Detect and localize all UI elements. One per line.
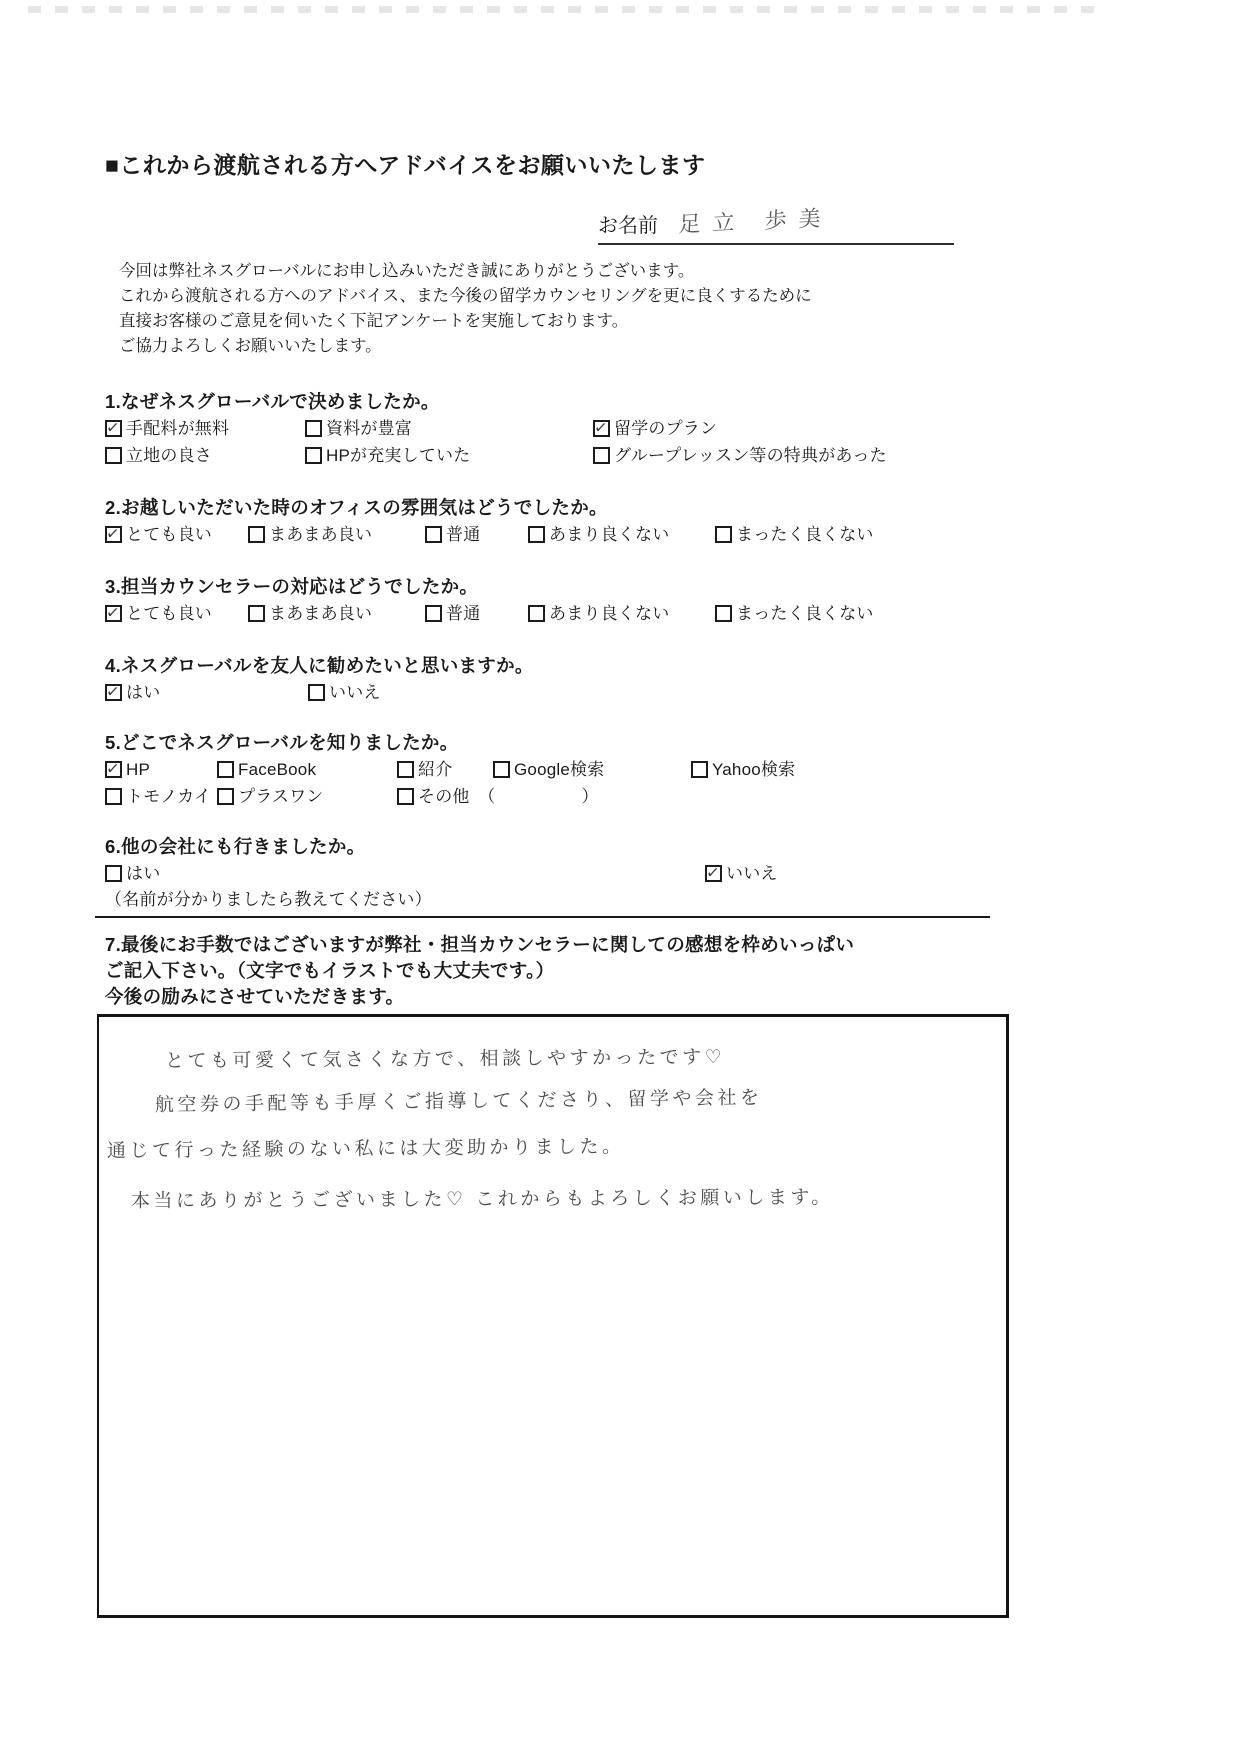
question-7-line: 今後の励みにさせていただきます。 <box>105 984 1240 1010</box>
option-label: 普通 <box>446 600 480 627</box>
option-あまり良くない: あまり良くない <box>528 600 715 627</box>
option-label: HP <box>126 756 150 783</box>
checkbox-icon[interactable] <box>528 605 545 622</box>
option-トモノカイ: トモノカイ <box>105 783 217 810</box>
checkbox-icon[interactable] <box>305 420 322 437</box>
question-4-options-row-1: はいいいえ <box>105 679 1240 706</box>
checkbox-icon[interactable] <box>715 526 732 543</box>
checkbox-icon[interactable] <box>105 761 122 778</box>
question-3-heading: 3.担当カウンセラーの対応はどうでしたか。 <box>105 574 1240 600</box>
checkbox-icon[interactable] <box>593 420 610 437</box>
question-1-heading: 1.なぜネスグローバルで決めましたか。 <box>105 389 1240 415</box>
option-label: グループレッスン等の特典があった <box>614 442 887 469</box>
checkbox-icon[interactable] <box>691 761 708 778</box>
option-HP: HP <box>105 756 217 783</box>
handwritten-comment-line: 通じて行った経験のない私には大変助かりました。 <box>107 1129 1006 1167</box>
page-title: ■これから渡航される方へアドバイスをお願いいたします <box>105 150 1240 180</box>
option-label: 留学のプラン <box>614 415 717 442</box>
option-label: 普通 <box>446 521 480 548</box>
option-Google検索: Google検索 <box>493 756 691 783</box>
option-label: とても良い <box>126 521 212 548</box>
question-7-heading: 7.最後にお手数ではございますが弊社・担当カウンセラーに関しての感想を枠めいっぱ… <box>105 932 1240 1010</box>
checkbox-icon[interactable] <box>528 526 545 543</box>
option-いいえ: いいえ <box>705 860 778 887</box>
option-紹介: 紹介 <box>397 756 493 783</box>
question-7-line: ご記入下さい。（文字でもイラストでも大丈夫です。） <box>105 958 1240 984</box>
question-6-options-row-1: はいいいえ <box>105 860 1240 887</box>
option-まあまあ良い: まあまあ良い <box>248 521 425 548</box>
checkbox-icon[interactable] <box>105 447 122 464</box>
option-はい: はい <box>105 860 705 887</box>
option-とても良い: とても良い <box>105 521 248 548</box>
checkbox-icon[interactable] <box>425 526 442 543</box>
question-4-heading: 4.ネスグローバルを友人に勧めたいと思いますか。 <box>105 653 1240 679</box>
handwritten-comment-line: とても可愛くて気さくな方で、相談しやすかったです♡ <box>165 1041 1006 1077</box>
checkbox-icon[interactable] <box>248 526 265 543</box>
comment-box: とても可愛くて気さくな方で、相談しやすかったです♡航空券の手配等も手厚くご指導し… <box>97 1014 1009 1618</box>
option-label: 手配料が無料 <box>126 415 229 442</box>
answer-underline <box>95 913 990 918</box>
option-まったく良くない: まったく良くない <box>715 521 874 548</box>
intro-line: 直接お客様のご意見を伺いたく下記アンケートを実施しております。 <box>119 309 1240 334</box>
option-Yahoo検索: Yahoo検索 <box>691 756 795 783</box>
option-label: Yahoo検索 <box>712 756 795 783</box>
checkbox-icon[interactable] <box>593 447 610 464</box>
option-普通: 普通 <box>425 521 528 548</box>
option-はい: はい <box>105 679 308 706</box>
question-5-options-row-2: トモノカイプラスワンその他 （ ） <box>105 783 1240 810</box>
option-プラスワン: プラスワン <box>217 783 397 810</box>
option-label: まあまあ良い <box>269 521 372 548</box>
question-1-options-row-1: 手配料が無料資料が豊富留学のプラン <box>105 415 1240 442</box>
option-label: まったく良くない <box>736 521 874 548</box>
intro-line: ご協力よろしくお願いいたします。 <box>119 334 1240 359</box>
question-2-options-row-1: とても良いまあまあ良い普通あまり良くないまったく良くない <box>105 521 1240 548</box>
question-3: 3.担当カウンセラーの対応はどうでしたか。とても良いまあまあ良い普通あまり良くな… <box>105 574 1240 627</box>
question-5-options-row-1: HPFaceBook紹介Google検索Yahoo検索 <box>105 756 1240 783</box>
question-2: 2.お越しいただいた時のオフィスの雰囲気はどうでしたか。とても良いまあまあ良い普… <box>105 495 1240 548</box>
option-手配料が無料: 手配料が無料 <box>105 415 305 442</box>
questions-section: 1.なぜネスグローバルで決めましたか。手配料が無料資料が豊富留学のプラン立地の良… <box>105 389 1240 918</box>
question-4: 4.ネスグローバルを友人に勧めたいと思いますか。はいいいえ <box>105 653 1240 706</box>
question-6-note: （名前が分かりましたら教えてください） <box>105 887 1240 913</box>
question-6-heading: 6.他の会社にも行きましたか。 <box>105 834 1240 860</box>
option-label: とても良い <box>126 600 212 627</box>
option-label: HPが充実していた <box>326 442 470 469</box>
checkbox-icon[interactable] <box>217 761 234 778</box>
checkbox-icon[interactable] <box>397 788 414 805</box>
option-label: はい <box>126 679 160 706</box>
option-label: 紹介 <box>418 756 452 783</box>
checkbox-icon[interactable] <box>105 526 122 543</box>
option-立地の良さ: 立地の良さ <box>105 442 305 469</box>
checkbox-icon[interactable] <box>248 605 265 622</box>
option-label: FaceBook <box>238 756 316 783</box>
checkbox-icon[interactable] <box>493 761 510 778</box>
checkbox-icon[interactable] <box>305 447 322 464</box>
question-1-options-row-2: 立地の良さHPが充実していたグループレッスン等の特典があった <box>105 442 1240 469</box>
option-label: あまり良くない <box>549 600 669 627</box>
option-あまり良くない: あまり良くない <box>528 521 715 548</box>
option-普通: 普通 <box>425 600 528 627</box>
intro-line: 今回は弊社ネスグローバルにお申し込みいただき誠にありがとうございます。 <box>119 259 1240 284</box>
option-留学のプラン: 留学のプラン <box>593 415 717 442</box>
option-いいえ: いいえ <box>308 679 381 706</box>
handwritten-comment-line: 航空券の手配等も手厚くご指導してくださり、留学や会社を <box>155 1081 1006 1121</box>
option-label: 資料が豊富 <box>326 415 412 442</box>
option-label: いいえ <box>726 860 778 887</box>
name-field: お名前 足立 歩美 <box>598 212 954 245</box>
option-label: 立地の良さ <box>126 442 212 469</box>
name-handwritten-value: 足立 歩美 <box>678 205 833 238</box>
intro-paragraph: 今回は弊社ネスグローバルにお申し込みいただき誠にありがとうございます。これから渡… <box>119 259 1240 359</box>
question-6: 6.他の会社にも行きましたか。はいいいえ（名前が分かりましたら教えてください） <box>105 834 1240 918</box>
question-3-options-row-1: とても良いまあまあ良い普通あまり良くないまったく良くない <box>105 600 1240 627</box>
checkbox-icon[interactable] <box>105 684 122 701</box>
option-label: いいえ <box>329 679 381 706</box>
checkbox-icon[interactable] <box>705 865 722 882</box>
option-HPが充実していた: HPが充実していた <box>305 442 593 469</box>
option-label: その他 （ ） <box>418 783 599 810</box>
question-2-heading: 2.お越しいただいた時のオフィスの雰囲気はどうでしたか。 <box>105 495 1240 521</box>
question-1: 1.なぜネスグローバルで決めましたか。手配料が無料資料が豊富留学のプラン立地の良… <box>105 389 1240 469</box>
option-グループレッスン等の特典があった: グループレッスン等の特典があった <box>593 442 887 469</box>
option-label: まったく良くない <box>736 600 874 627</box>
name-label: お名前 <box>598 214 658 238</box>
checkbox-icon[interactable] <box>105 865 122 882</box>
checkbox-icon[interactable] <box>217 788 234 805</box>
checkbox-icon[interactable] <box>105 788 122 805</box>
checkbox-icon[interactable] <box>105 420 122 437</box>
option-label: プラスワン <box>238 783 324 810</box>
intro-line: これから渡航される方へのアドバイス、また今後の留学カウンセリングを更に良くするた… <box>119 284 1240 309</box>
option-まあまあ良い: まあまあ良い <box>248 600 425 627</box>
option-まったく良くない: まったく良くない <box>715 600 874 627</box>
survey-page: ■これから渡航される方へアドバイスをお願いいたします お名前 足立 歩美 今回は… <box>0 150 1240 1618</box>
checkbox-icon[interactable] <box>715 605 732 622</box>
checkbox-icon[interactable] <box>397 761 414 778</box>
option-label: トモノカイ <box>126 783 211 810</box>
option-その他 （ ）: その他 （ ） <box>397 783 599 810</box>
handwritten-comment-line: 本当にありがとうございました♡ これからもよろしくお願いします。 <box>131 1182 1006 1217</box>
question-5: 5.どこでネスグローバルを知りましたか。HPFaceBook紹介Google検索… <box>105 730 1240 810</box>
option-FaceBook: FaceBook <box>217 756 397 783</box>
option-とても良い: とても良い <box>105 600 248 627</box>
option-label: はい <box>126 860 160 887</box>
option-label: あまり良くない <box>549 521 669 548</box>
checkbox-icon[interactable] <box>308 684 325 701</box>
option-label: まあまあ良い <box>269 600 372 627</box>
question-7-line: 7.最後にお手数ではございますが弊社・担当カウンセラーに関しての感想を枠めいっぱ… <box>105 932 1240 958</box>
checkbox-icon[interactable] <box>425 605 442 622</box>
checkbox-icon[interactable] <box>105 605 122 622</box>
option-資料が豊富: 資料が豊富 <box>305 415 593 442</box>
option-label: Google検索 <box>514 756 604 783</box>
question-5-heading: 5.どこでネスグローバルを知りましたか。 <box>105 730 1240 756</box>
scanner-noise-strip <box>28 6 1108 13</box>
